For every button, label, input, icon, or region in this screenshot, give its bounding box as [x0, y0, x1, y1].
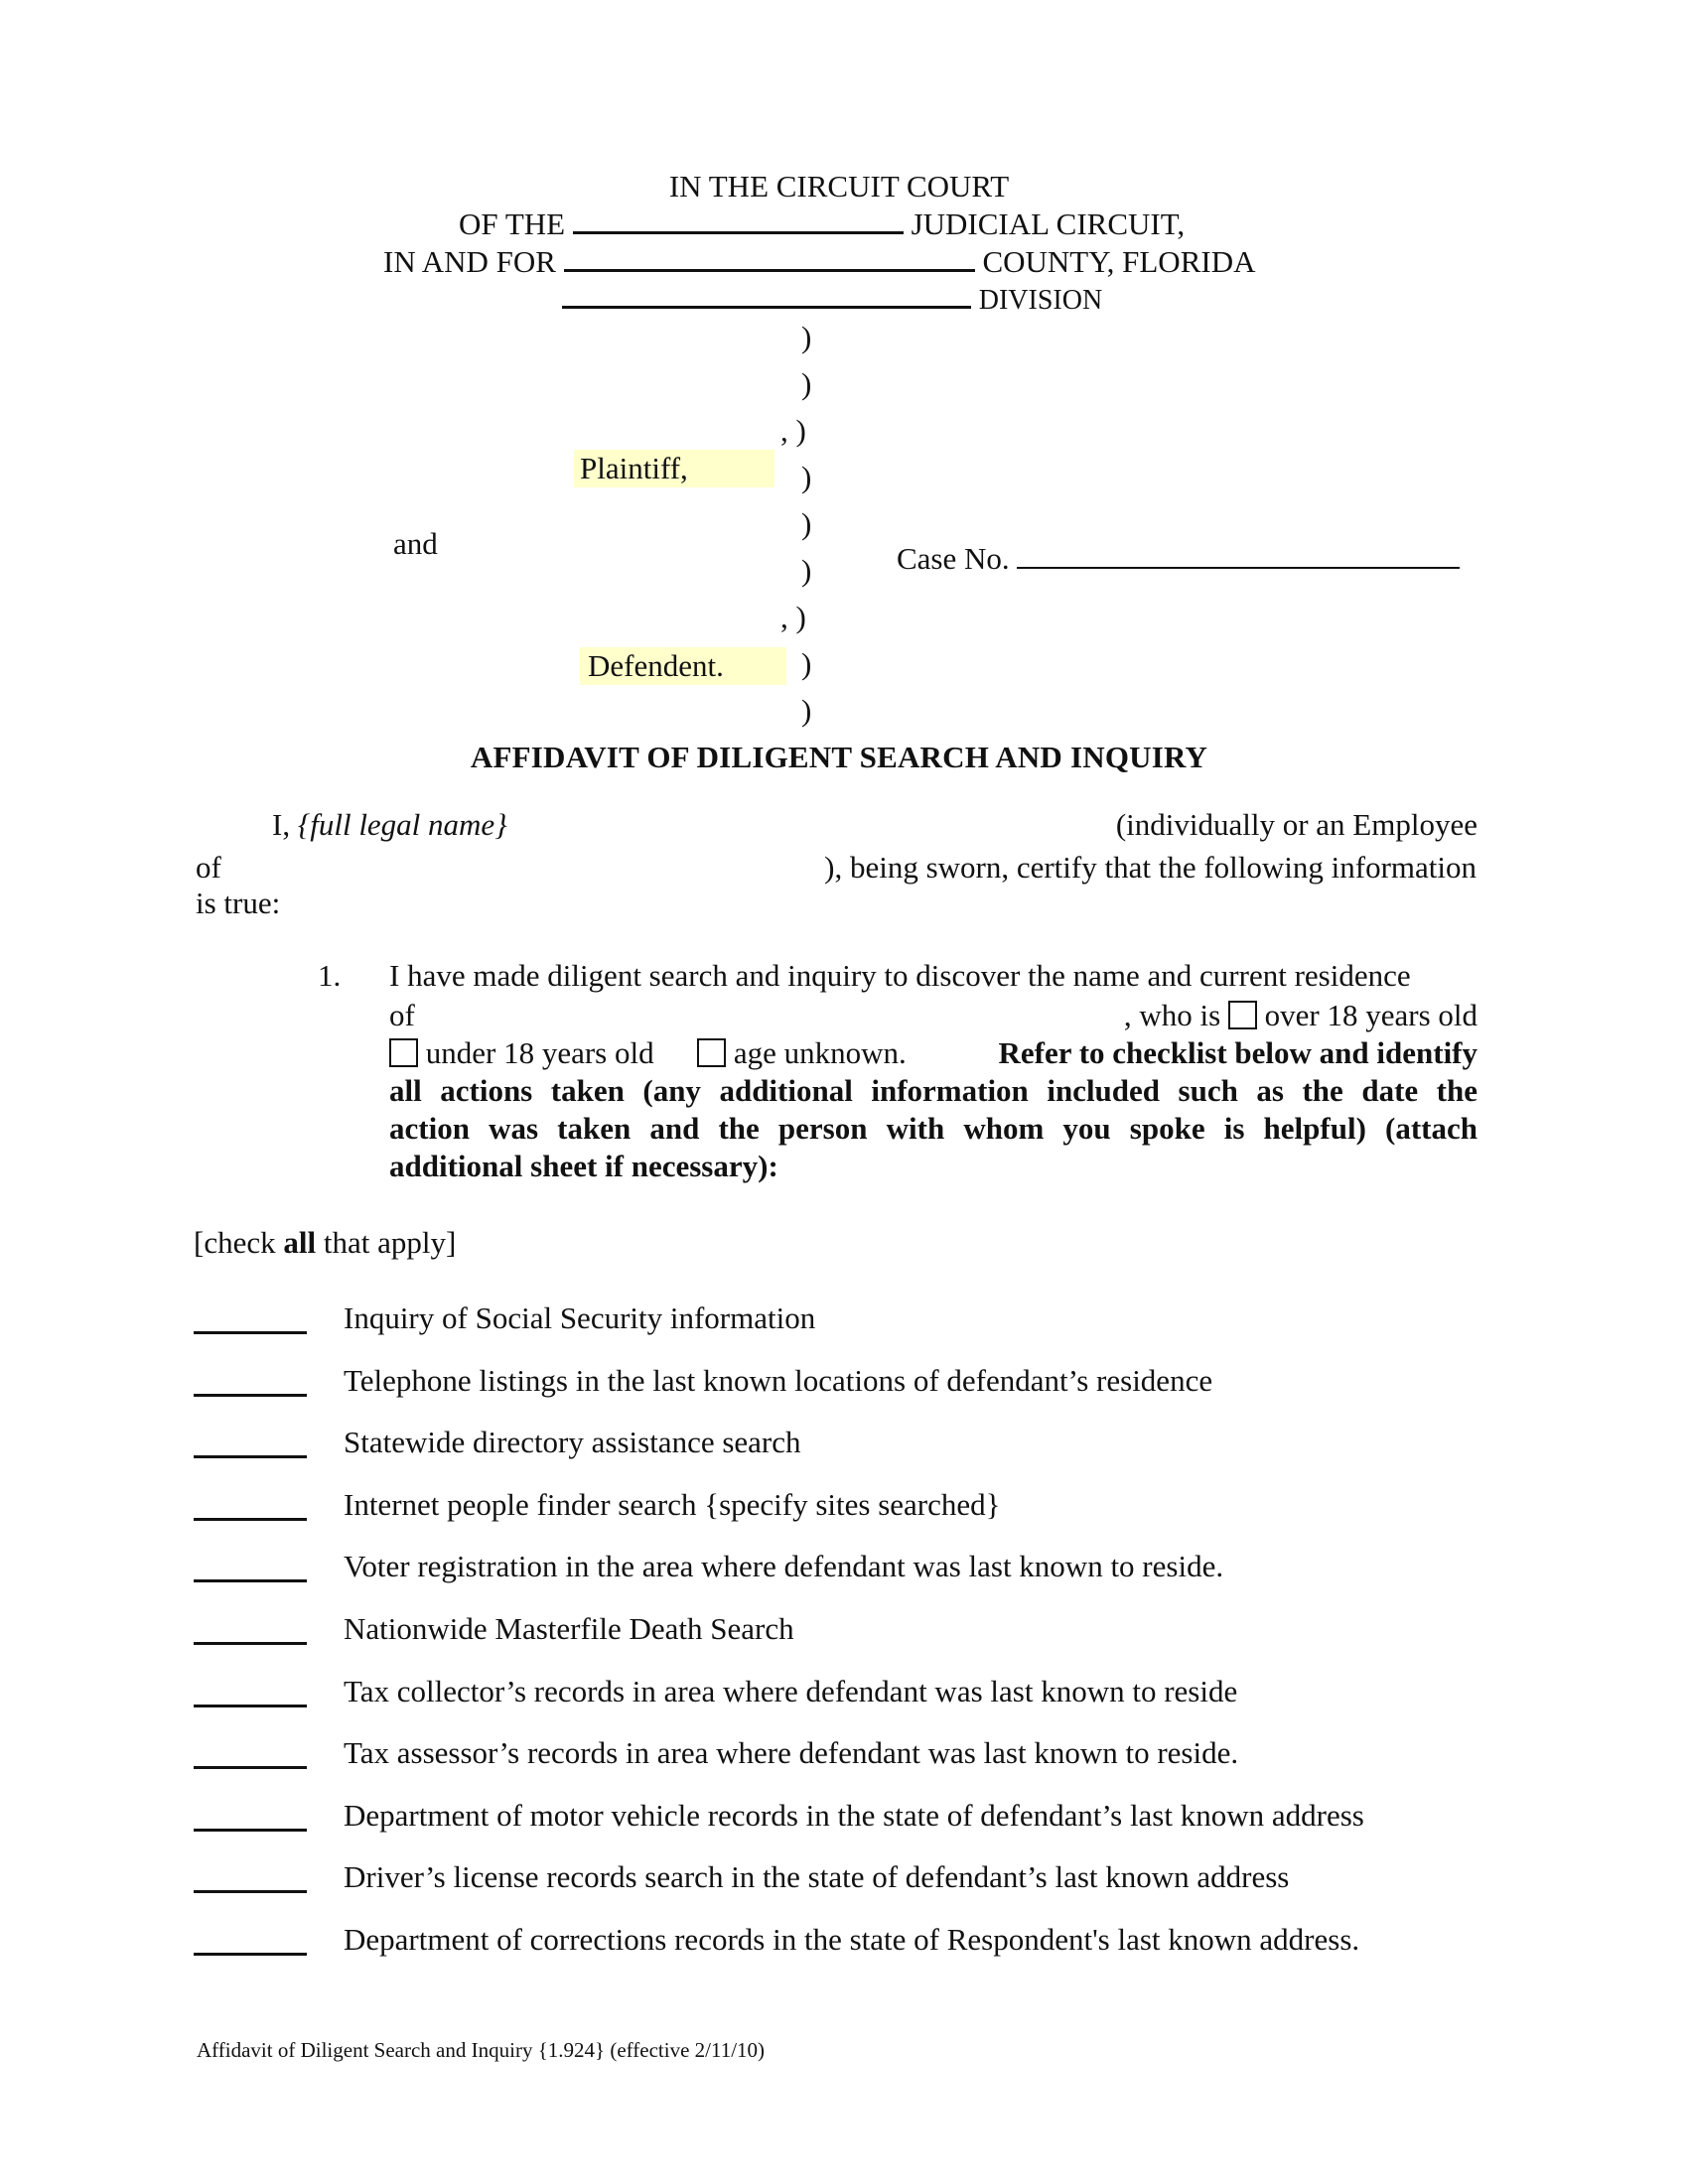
- caption-paren: , ): [780, 413, 806, 449]
- checklist-item-label: Tax assessor’s records in area where def…: [344, 1735, 1238, 1771]
- checklist-item-label: Department of corrections records in the…: [344, 1922, 1359, 1958]
- checklist-item-label: Driver’s license records search in the s…: [344, 1859, 1289, 1895]
- judicial-circuit-label: JUDICIAL CIRCUIT,: [912, 206, 1186, 241]
- intro-i-label: I,: [272, 807, 290, 842]
- instructions-bold-1: Refer to checklist below and identify: [999, 1035, 1477, 1071]
- employer-field[interactable]: [238, 850, 774, 886]
- item-1-line3: under 18 years old age unknown. Refer to…: [389, 1035, 1477, 1071]
- court-heading: IN THE CIRCUIT COURT: [0, 169, 1678, 205]
- item-1-line1: I have made diligent search and inquiry …: [389, 958, 1411, 994]
- case-number-label: Case No.: [897, 541, 1010, 576]
- footer-text: Affidavit of Diligent Search and Inquiry…: [197, 2038, 765, 2063]
- full-legal-name-field[interactable]: {full legal name}: [298, 807, 507, 842]
- check-all-bold: all: [283, 1225, 316, 1260]
- instructions-bold-2: all actions taken (any additional inform…: [389, 1073, 1477, 1109]
- checklist-item-label: Internet people finder search {specify s…: [344, 1487, 1001, 1523]
- checklist-item-label: Voter registration in the area where def…: [344, 1549, 1223, 1584]
- division-label: DIVISION: [979, 285, 1102, 316]
- instructions-bold-3: action was taken and the person with who…: [389, 1111, 1477, 1147]
- checklist-item-label: Nationwide Masterfile Death Search: [344, 1611, 794, 1647]
- and-label: and: [393, 526, 438, 562]
- checklist-blank[interactable]: [194, 1518, 307, 1521]
- of-label: of: [196, 850, 221, 886]
- caption-paren: ): [801, 320, 811, 355]
- under-18-checkbox[interactable]: [389, 1038, 418, 1067]
- checklist-blank[interactable]: [194, 1705, 307, 1707]
- who-is-line: , who is over 18 years old: [1124, 998, 1477, 1033]
- county-field[interactable]: [564, 243, 975, 272]
- division-field[interactable]: [562, 280, 971, 309]
- age-unknown-checkbox[interactable]: [697, 1038, 726, 1067]
- caption-paren: , ): [780, 600, 806, 635]
- check-all-suffix: that apply]: [316, 1225, 456, 1260]
- county-label: COUNTY, FLORIDA: [982, 244, 1255, 279]
- checklist-blank[interactable]: [194, 1953, 307, 1956]
- checklist-blank[interactable]: [194, 1331, 307, 1334]
- checklist-item-label: Inquiry of Social Security information: [344, 1300, 815, 1336]
- plaintiff-label[interactable]: Plaintiff,: [574, 450, 774, 487]
- checklist-blank[interactable]: [194, 1394, 307, 1397]
- checklist-blank[interactable]: [194, 1642, 307, 1645]
- checklist-blank[interactable]: [194, 1829, 307, 1832]
- checklist-blank[interactable]: [194, 1455, 307, 1458]
- caption-paren: ): [801, 646, 811, 682]
- checklist-item-label: Statewide directory assistance search: [344, 1425, 801, 1460]
- over-18-label: over 18 years old: [1265, 998, 1477, 1032]
- individually-text: (individually or an Employee: [1116, 807, 1477, 843]
- in-and-for-label: IN AND FOR: [383, 244, 556, 279]
- who-is-text: , who is: [1124, 998, 1220, 1032]
- checklist-item-label: Department of motor vehicle records in t…: [344, 1798, 1364, 1834]
- over-18-checkbox[interactable]: [1228, 1001, 1257, 1029]
- case-number-field[interactable]: [1017, 541, 1460, 569]
- is-true-text: is true:: [196, 886, 280, 921]
- checklist-blank[interactable]: [194, 1766, 307, 1769]
- checklist-item-label: Tax collector’s records in area where de…: [344, 1674, 1237, 1709]
- caption-paren: ): [801, 553, 811, 589]
- under-18-label: under 18 years old: [426, 1035, 654, 1070]
- checklist-blank[interactable]: [194, 1890, 307, 1893]
- item-1-of-label: of: [389, 998, 415, 1033]
- caption-paren: ): [801, 460, 811, 495]
- case-number-line: Case No.: [897, 541, 1460, 577]
- of-the-label: OF THE: [459, 206, 565, 241]
- division-line: DIVISION: [562, 280, 1102, 319]
- check-all-instruction: [check all that apply]: [194, 1225, 456, 1261]
- document-title: AFFIDAVIT OF DILIGENT SEARCH AND INQUIRY: [0, 740, 1678, 775]
- checklist-item-label: Telephone listings in the last known loc…: [344, 1363, 1212, 1399]
- county-line: IN AND FOR COUNTY, FLORIDA: [383, 243, 1255, 280]
- being-sworn-text: ), being sworn, certify that the followi…: [824, 850, 1477, 886]
- defendant-label[interactable]: Defendent.: [580, 647, 786, 685]
- intro-i-prefix: I, {full legal name}: [272, 807, 507, 843]
- age-unknown-label: age unknown.: [734, 1035, 907, 1070]
- check-all-prefix: [check: [194, 1225, 283, 1260]
- instructions-bold-4: additional sheet if necessary):: [389, 1149, 778, 1184]
- caption-paren: ): [801, 506, 811, 542]
- subject-name-field[interactable]: [427, 998, 1102, 1033]
- caption-paren: ): [801, 366, 811, 402]
- caption-paren: ): [801, 693, 811, 729]
- judicial-circuit-field[interactable]: [573, 205, 904, 234]
- checklist-blank[interactable]: [194, 1579, 307, 1582]
- item-1-number: 1.: [318, 958, 341, 994]
- judicial-circuit-line: OF THE JUDICIAL CIRCUIT,: [459, 205, 1185, 242]
